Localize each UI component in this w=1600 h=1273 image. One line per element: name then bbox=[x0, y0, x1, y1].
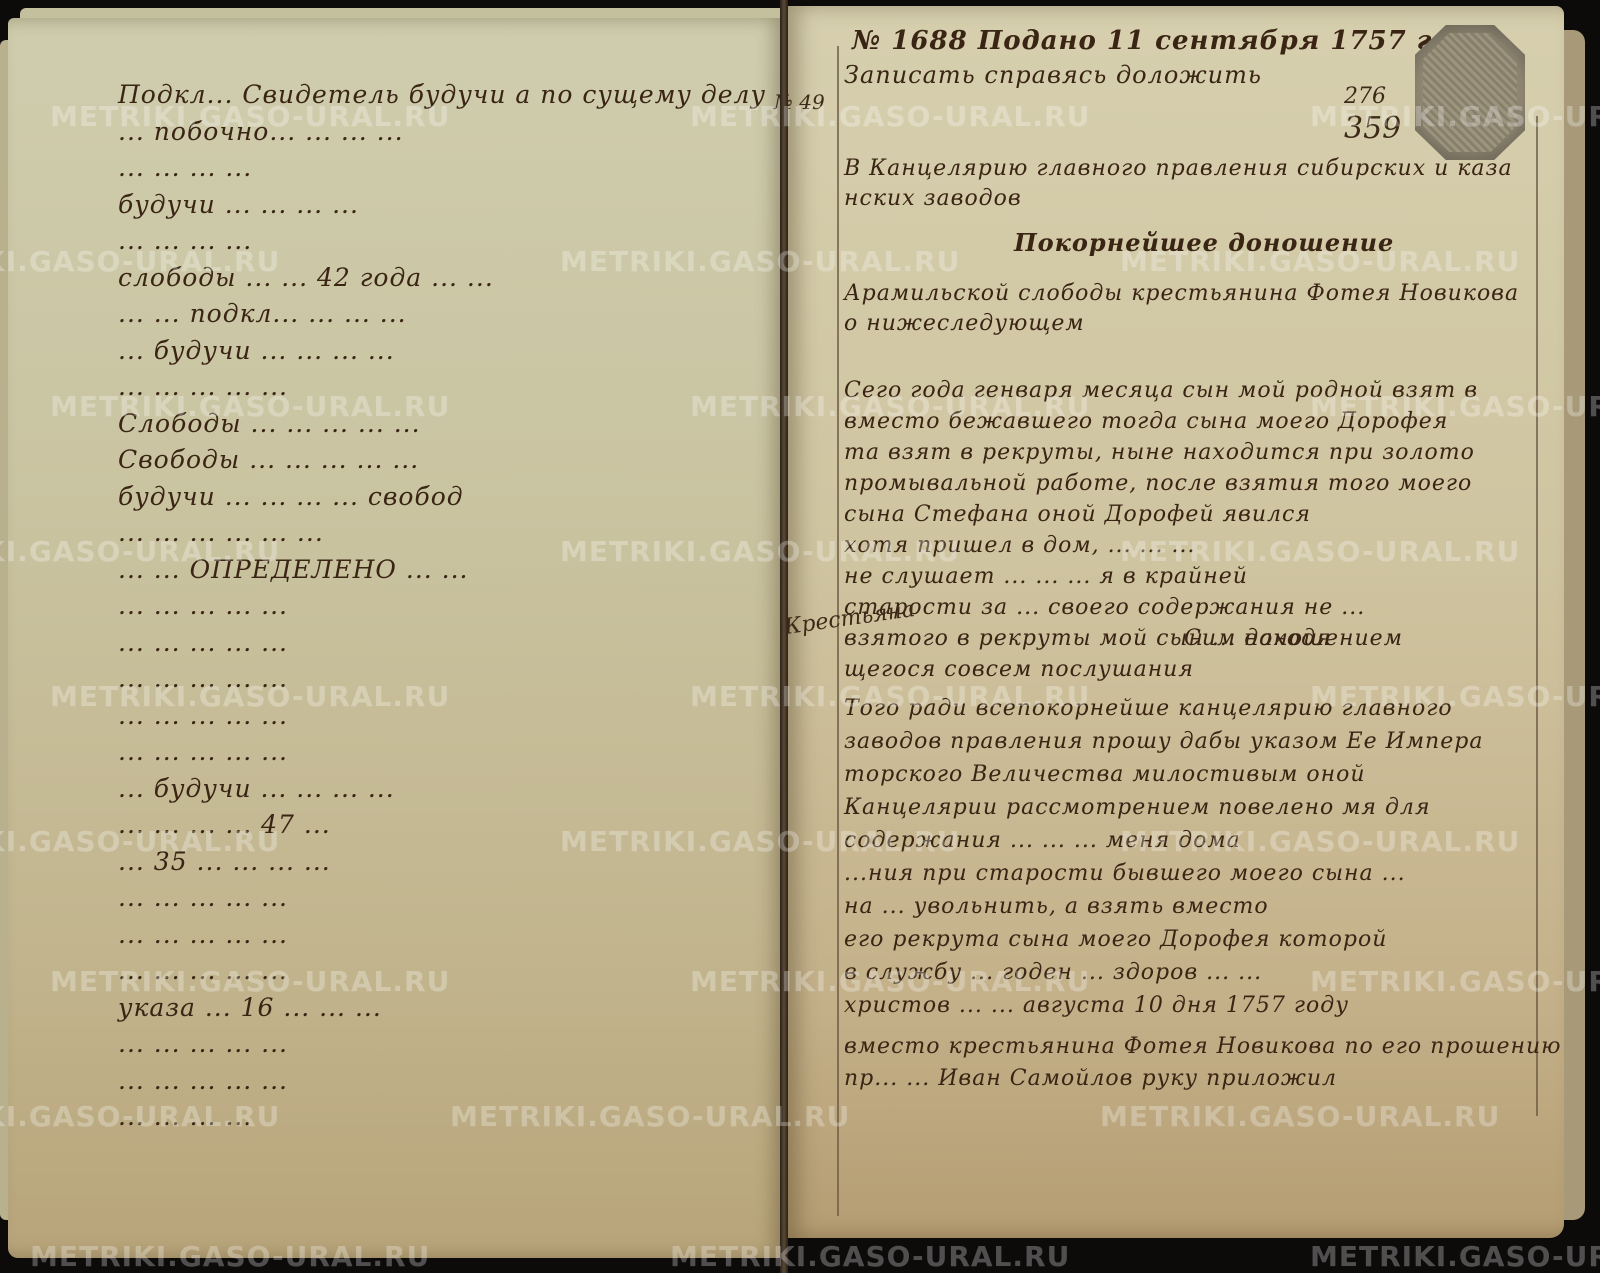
book-spine bbox=[780, 0, 788, 1273]
stamp-seal bbox=[1415, 25, 1525, 160]
manuscript-line: будучи ... ... ... ... bbox=[118, 190, 359, 219]
watermark: METRIKI.GASO-URAL.RU bbox=[670, 1240, 1070, 1273]
watermark: METRIKI.GASO-URAL.RU bbox=[1100, 1100, 1500, 1133]
body-line: сына Стефана оной Дорофей явился bbox=[844, 502, 1311, 527]
manuscript-line: ... будучи ... ... ... ... bbox=[118, 336, 395, 365]
watermark: METRIKI.GASO-URAL.RU bbox=[1310, 100, 1600, 133]
manuscript-line: ... будучи ... ... ... ... bbox=[118, 774, 395, 803]
signature-line-2: пр... ... Иван Самойлов руку приложил bbox=[844, 1066, 1337, 1091]
body-line: промывальной работе, после взятия того м… bbox=[844, 471, 1472, 496]
watermark: METRIKI.GASO-URAL.RU bbox=[50, 100, 450, 133]
manuscript-line: ... ... ... ... ... bbox=[118, 737, 288, 766]
body-line: старости за ... своего содержания не ... bbox=[844, 595, 1365, 620]
watermark: METRIKI.GASO-URAL.RU bbox=[0, 245, 280, 278]
watermark: METRIKI.GASO-URAL.RU bbox=[1120, 825, 1520, 858]
request-line: его рекрута сына моего Дорофея которой bbox=[844, 927, 1387, 952]
manuscript-line: ... ... подкл... ... ... ... bbox=[118, 299, 407, 328]
manuscript-line: ... ... ... ... ... bbox=[118, 1029, 288, 1058]
right-page: № 1688 Подано 11 сентября 1757 года Запи… bbox=[784, 6, 1564, 1238]
signature-line-1: вместо крестьянина Фотея Новикова по его… bbox=[844, 1034, 1562, 1059]
manuscript-line: ... ... ... ... ... bbox=[118, 883, 288, 912]
manuscript-line: Свободы ... ... ... ... ... bbox=[118, 445, 419, 474]
watermark: METRIKI.GASO-URAL.RU bbox=[450, 1100, 850, 1133]
watermark: METRIKI.GASO-URAL.RU bbox=[1310, 390, 1600, 423]
watermark: METRIKI.GASO-URAL.RU bbox=[560, 535, 960, 568]
address-line-1: В Канцелярию главного правления сибирски… bbox=[844, 156, 1513, 181]
manuscript-line: ... ... ... ... ... bbox=[118, 920, 288, 949]
body-line: та взят в рекруты, ныне находится при зо… bbox=[844, 440, 1475, 465]
resolution-note: Записать справясь доложить bbox=[844, 61, 1262, 89]
request-line: ...ния при старости бывшего моего сына .… bbox=[844, 861, 1406, 886]
watermark: METRIKI.GASO-URAL.RU bbox=[690, 100, 1090, 133]
watermark: METRIKI.GASO-URAL.RU bbox=[0, 535, 280, 568]
manuscript-line: ... ... ... ... ... bbox=[118, 1066, 288, 1095]
watermark: METRIKI.GASO-URAL.RU bbox=[690, 390, 1090, 423]
manuscript-line: ... ... ... ... ... bbox=[118, 591, 288, 620]
watermark: METRIKI.GASO-URAL.RU bbox=[690, 965, 1090, 998]
body-line: щегося совсем послушания bbox=[844, 657, 1194, 682]
request-line: заводов правления прошу дабы указом Ее И… bbox=[844, 729, 1483, 754]
address-line-2: нских заводов bbox=[844, 186, 1022, 211]
closing-phrase: Сим доношением bbox=[1184, 626, 1403, 651]
watermark: METRIKI.GASO-URAL.RU bbox=[1310, 965, 1600, 998]
manuscript-line: ... ... ... ... bbox=[118, 153, 252, 182]
watermark: METRIKI.GASO-URAL.RU bbox=[1120, 245, 1520, 278]
request-line: на ... увольнить, а взять вместо bbox=[844, 894, 1269, 919]
watermark: METRIKI.GASO-URAL.RU bbox=[50, 965, 450, 998]
manuscript-line: будучи ... ... ... ... свобод bbox=[118, 482, 464, 511]
watermark: METRIKI.GASO-URAL.RU bbox=[30, 1240, 430, 1273]
watermark: METRIKI.GASO-URAL.RU bbox=[690, 680, 1090, 713]
watermark: METRIKI.GASO-URAL.RU bbox=[50, 680, 450, 713]
manuscript-line: ... ... ... ... ... bbox=[118, 628, 288, 657]
watermark: METRIKI.GASO-URAL.RU bbox=[560, 825, 960, 858]
request-line: торского Величества милостивым оной bbox=[844, 762, 1366, 787]
watermark: METRIKI.GASO-URAL.RU bbox=[0, 1100, 280, 1133]
watermark: METRIKI.GASO-URAL.RU bbox=[0, 825, 280, 858]
watermark: METRIKI.GASO-URAL.RU bbox=[1120, 535, 1520, 568]
request-line: Канцелярии рассмотрением повелено мя для bbox=[844, 795, 1431, 820]
watermark: METRIKI.GASO-URAL.RU bbox=[560, 245, 960, 278]
from-line-1: Арамильской слободы крестьянина Фотея Но… bbox=[844, 281, 1519, 306]
from-line-2: о нижеследующем bbox=[844, 311, 1085, 336]
left-page: Подкл... Свидетель будучи а по сущему де… bbox=[8, 18, 786, 1258]
watermark: METRIKI.GASO-URAL.RU bbox=[1310, 1240, 1600, 1273]
watermark: METRIKI.GASO-URAL.RU bbox=[1310, 680, 1600, 713]
watermark: METRIKI.GASO-URAL.RU bbox=[50, 390, 450, 423]
filing-note: № 1688 Подано 11 сентября 1757 года bbox=[852, 26, 1488, 56]
